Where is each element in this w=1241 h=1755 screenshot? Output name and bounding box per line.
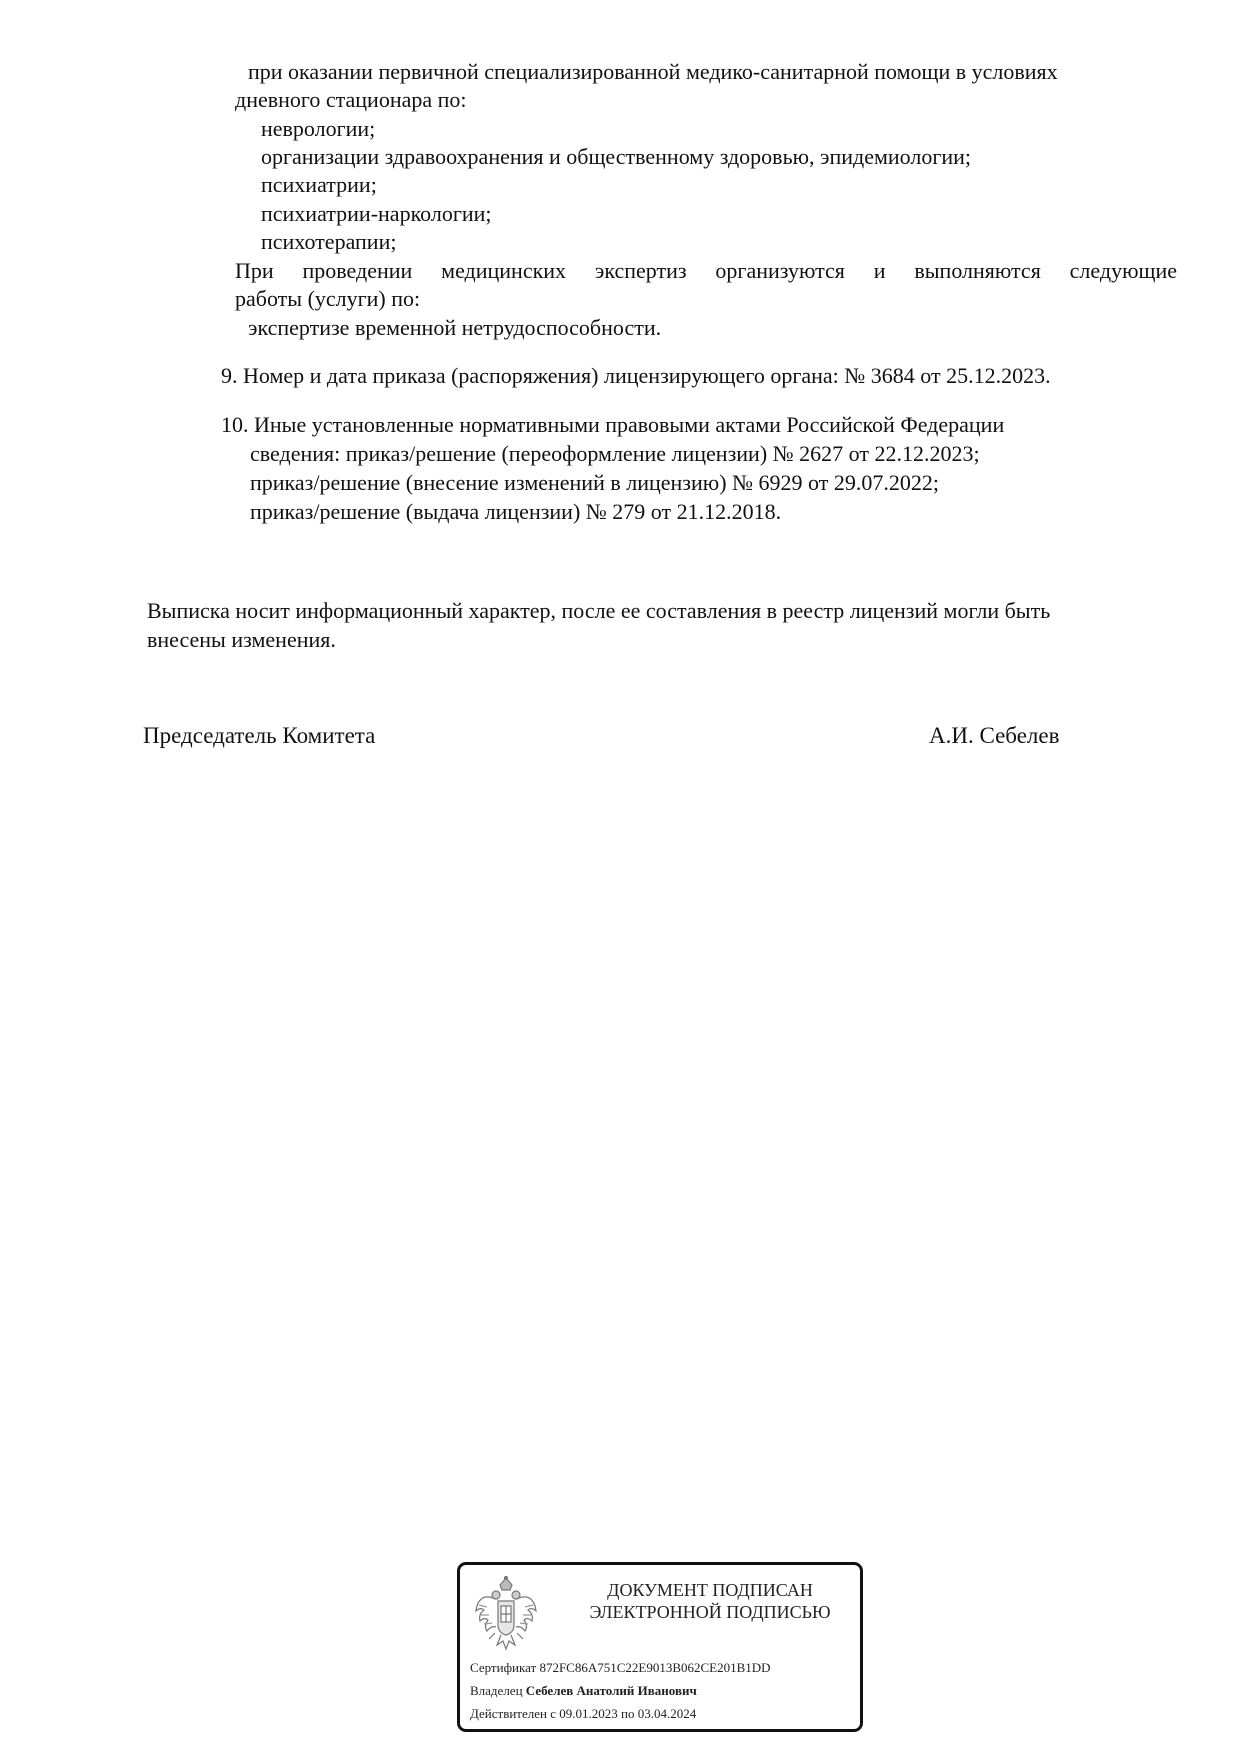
stamp-validity: Действителен с 09.01.2023 по 03.04.2024 <box>470 1706 696 1722</box>
signatory-position: Председатель Комитета <box>143 722 375 750</box>
list-item-neurology: неврологии; <box>261 115 375 143</box>
list-item-temporary-disability: экспертизе временной нетрудоспособности. <box>248 314 661 342</box>
list-item-narcology: психиатрии-наркологии; <box>261 200 492 228</box>
expertise-line1: При проведении медицинских экспертиз орг… <box>235 257 1177 285</box>
coat-of-arms-icon <box>473 1575 539 1653</box>
disclaimer-line2: внесены изменения. <box>147 626 336 654</box>
owner-value: Себелев Анатолий Иванович <box>526 1683 697 1698</box>
day-hospital-intro-line2: дневного стационара по: <box>235 86 467 114</box>
certificate-label: Сертификат <box>470 1660 536 1675</box>
day-hospital-intro-line1: при оказании первичной специализированно… <box>248 58 1058 86</box>
list-item-health-organization: организации здравоохранения и общественн… <box>261 143 971 171</box>
disclaimer-line1: Выписка носит информационный характер, п… <box>147 597 1050 625</box>
point-10-line3: приказ/решение (внесение изменений в лиц… <box>250 469 939 497</box>
electronic-signature-stamp: ДОКУМЕНТ ПОДПИСАН ЭЛЕКТРОННОЙ ПОДПИСЬЮ С… <box>457 1562 863 1732</box>
signatory-name: А.И. Себелев <box>929 722 1059 750</box>
certificate-value: 872FC86A751C22E9013B062CE201B1DD <box>539 1660 770 1675</box>
list-item-psychotherapy: психотерапии; <box>261 228 396 256</box>
point-10-line1: 10. Иные установленные нормативными прав… <box>221 411 1004 439</box>
stamp-certificate: Сертификат 872FC86A751C22E9013B062CE201B… <box>470 1660 771 1676</box>
owner-label: Владелец <box>470 1683 523 1698</box>
stamp-title-line1: ДОКУМЕНТ ПОДПИСАН <box>560 1579 860 1601</box>
stamp-title-line2: ЭЛЕКТРОННОЙ ПОДПИСЬЮ <box>560 1601 860 1623</box>
expertise-line2: работы (услуги) по: <box>235 285 420 313</box>
point-9-order-number: 9. Номер и дата приказа (распоряжения) л… <box>221 362 1051 390</box>
list-item-psychiatry: психиатрии; <box>261 171 377 199</box>
stamp-owner: Владелец Себелев Анатолий Иванович <box>470 1683 697 1699</box>
point-10-line2: сведения: приказ/решение (переоформление… <box>250 440 980 468</box>
point-10-line4: приказ/решение (выдача лицензии) № 279 о… <box>250 498 781 526</box>
